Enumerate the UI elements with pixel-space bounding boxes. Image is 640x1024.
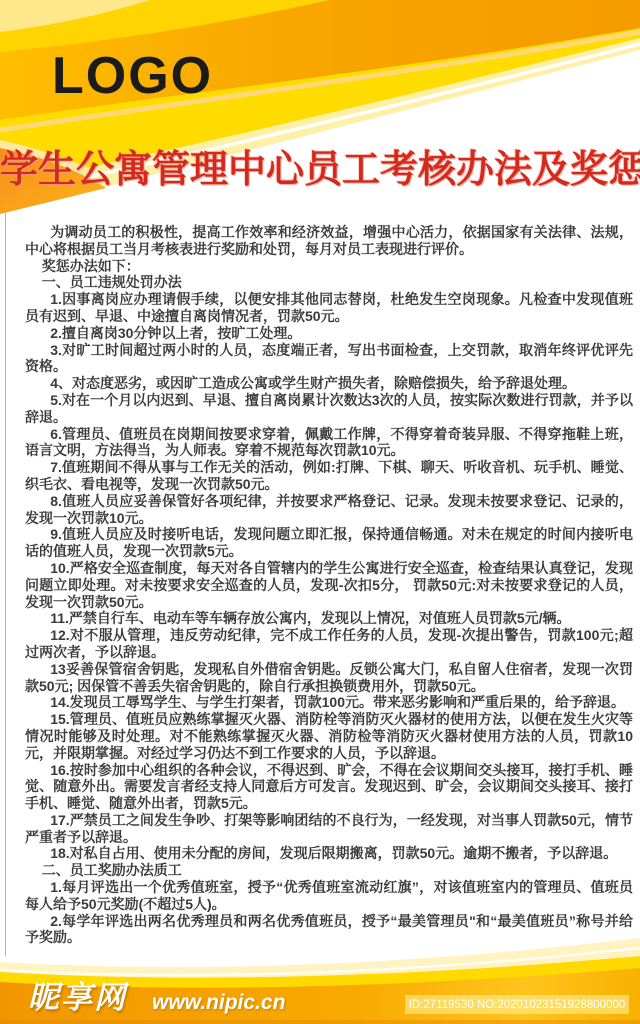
rule-item: 3.对旷工时间超过两小时的人员，态度端正者，写出书面检查，上交罚款，取消年终评优… xyxy=(25,342,633,376)
left-border-line xyxy=(5,206,6,956)
rule-item: 13妥善保管宿舍钥匙，发现私自外借宿舍钥匙。反锁公寓大门，私自留人住宿者，发现一… xyxy=(25,661,633,695)
methods-note: 奖惩办法如下： xyxy=(25,258,633,275)
rule-item: 4、对态度恶劣，或因旷工造成公寓或学生财产损失者，除赔偿损失，给予辞退处理。 xyxy=(25,375,633,392)
rule-item: 10.严格安全巡查制度，每天对各自管辖内的学生公寓进行安全巡查，检查结果认真登记… xyxy=(25,560,633,610)
rule-item: 16.按时参加中心组织的各种会议，不得迟到、旷会，不得在会议期间交头接耳，接打手… xyxy=(25,762,633,812)
rule-item: 8.值班人员应妥善保管好各项纪律，并按要求严格登记、记录。发现未按要求登记、记录… xyxy=(25,493,633,527)
watermark-site-url: www.nipic.cn xyxy=(152,992,285,1013)
rule-item: 11.严禁自行车、电动车等车辆存放公寓内，发现以上情况，对值班人员罚款5元/辆。 xyxy=(25,610,633,627)
section2-title: 二、员工奖励办法质工 xyxy=(25,862,633,879)
rule-item: 7.值班期间不得从事与工作无关的活动，例如:打牌、下棋、聊天、听收音机、玩手机、… xyxy=(25,459,633,493)
poster: LOGO 学生公寓管理中心员工考核办法及奖惩 为调动员工的积极性，提高工作效率和… xyxy=(0,0,640,1024)
section1-rule-list: 1.因事离岗应办理请假手续，以便安排其他同志替岗，杜绝发生空岗现象。凡检查中发现… xyxy=(25,291,633,862)
rule-item: 15.管理员、值班员应熟练掌握灭火器、消防栓等消防灭火器材的使用方法，以便在发生… xyxy=(25,711,633,761)
watermark-site-name: 昵享网 xyxy=(28,982,127,1013)
intro-paragraph: 为调动员工的积极性，提高工作效率和经济效益，增强中心活力，依据国家有关法律、法规… xyxy=(25,224,633,258)
rule-item: 1.因事离岗应办理请假手续，以便安排其他同志替岗，杜绝发生空岗现象。凡检查中发现… xyxy=(25,291,633,325)
reward-item: 1.每月评选出一个优秀值班室，授予“优秀值班室流动红旗”，对该值班室内的管理员、… xyxy=(25,879,633,913)
watermark-id-badge: ID:27119530 NO:20201023151928800000 xyxy=(405,995,629,1014)
rule-item: 18.对私自占用、使用未分配的房间，发现后限期搬离，罚款50元。逾期不搬者，予以… xyxy=(25,845,633,862)
rule-item: 5.对在一个月以内迟到、早退、擅自离岗累计次数达3次的人员，按实际次数进行罚款，… xyxy=(25,392,633,426)
rule-item: 6.管理员、值班员在岗期间按要求穿着，佩戴工作牌，不得穿着奇装异服、不得穿拖鞋上… xyxy=(25,426,633,460)
body-content: 为调动员工的积极性，提高工作效率和经济效益，增强中心活力，依据国家有关法律、法规… xyxy=(25,224,633,946)
footer-bottom-edge xyxy=(0,1020,640,1024)
rule-item: 14.发现员工辱骂学生、与学生打架者，罚款100元。带来恶劣影响和严重后果的，给… xyxy=(25,694,633,711)
poster-title: 学生公寓管理中心员工考核办法及奖惩 xyxy=(0,144,640,196)
rule-item: 17.严禁员工之间发生争吵、打架等影响团结的不良行为，一经发现，对当事人罚款50… xyxy=(25,812,633,846)
rule-item: 2.擅自离岗30分钟以上者，按旷工处理。 xyxy=(25,325,633,342)
section1-title: 一、员工违规处罚办法 xyxy=(25,274,633,291)
company-logo: LOGO xyxy=(52,50,213,102)
rule-item: 9.值班人员应及时接听电话，发现问题立即汇报，保持通信畅通。对未在规定的时间内接… xyxy=(25,526,633,560)
rule-item: 12.对不服从管理，违反劳动纪律，完不成工作任务的人员，发现-次提出警告，罚款1… xyxy=(25,627,633,661)
